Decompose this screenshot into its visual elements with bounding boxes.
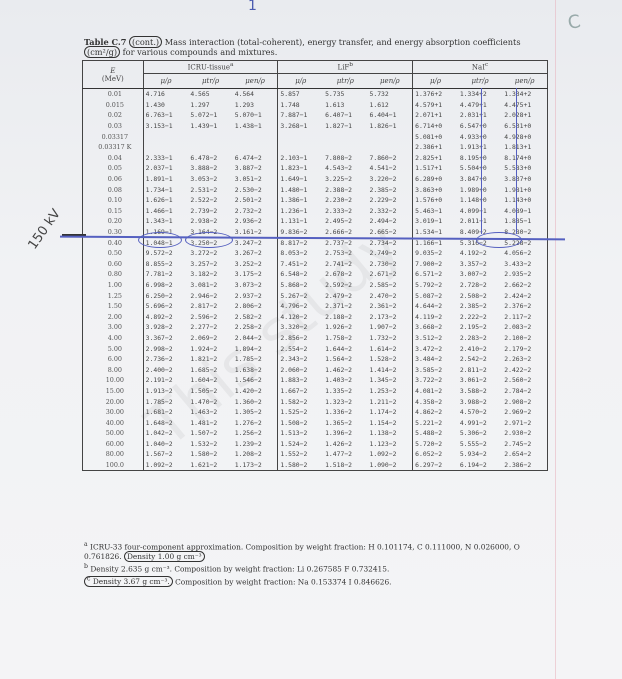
value-cell: 3.357−2 <box>458 259 502 270</box>
value-cell: 2.737−2 <box>323 237 367 248</box>
energy-cell: 0.80 <box>83 269 144 280</box>
table-row: 0.033.153−11.439−11.438−13.268−11.827−11… <box>83 121 548 132</box>
value-cell: 1.604−2 <box>188 375 232 386</box>
value-cell: 1.582−2 <box>278 396 323 407</box>
value-cell: 2.495−2 <box>323 216 367 227</box>
value-cell: 2.117−2 <box>502 311 547 322</box>
value-cell <box>188 131 232 142</box>
value-cell: 1.040−2 <box>143 439 188 450</box>
value-cell: 1.785−2 <box>143 396 188 407</box>
value-cell: 3.367−2 <box>143 333 188 344</box>
value-cell: 5.463−1 <box>413 206 458 217</box>
value-cell: 3.061−2 <box>458 375 502 386</box>
table-row: 100.01.092−21.621−21.173−21.580−21.518−2… <box>83 460 548 471</box>
value-cell: 1.323−2 <box>323 396 367 407</box>
energy-cell: 20.00 <box>83 396 144 407</box>
value-cell: 1.211−2 <box>368 396 413 407</box>
value-cell <box>368 142 413 153</box>
energy-cell: 30.00 <box>83 407 144 418</box>
value-cell: 2.376−2 <box>502 301 547 312</box>
value-cell: 2.585−2 <box>368 280 413 291</box>
value-cell: 3.153−1 <box>143 121 188 132</box>
value-cell: 1.614−2 <box>368 343 413 354</box>
footnote-a: a ICRU-33 four-component approximation. … <box>84 540 554 562</box>
energy-cell: 0.08 <box>83 184 144 195</box>
value-cell: 1.173−2 <box>233 460 278 471</box>
value-cell: 3.225−2 <box>323 174 367 185</box>
value-cell: 1.626−1 <box>143 195 188 206</box>
value-cell <box>143 131 188 142</box>
value-cell: 3.053−2 <box>188 174 232 185</box>
value-cell: 2.343−2 <box>278 354 323 365</box>
value-cell: 1.092−2 <box>368 449 413 460</box>
value-cell: 6.571−2 <box>413 269 458 280</box>
value-cell: 1.396−2 <box>323 428 367 439</box>
value-cell: 8.817−2 <box>278 237 323 248</box>
value-cell: 2.100−2 <box>502 333 547 344</box>
value-cell: 5.072−1 <box>188 110 232 121</box>
value-cell: 1.732−2 <box>368 333 413 344</box>
value-cell: 1.131−1 <box>278 216 323 227</box>
value-cell: 5.792−2 <box>413 280 458 291</box>
value-cell: 5.070−1 <box>233 110 278 121</box>
caption-text: Mass interaction (total-coherent), energ… <box>165 37 521 47</box>
value-cell: 3.247−2 <box>233 237 278 248</box>
value-cell: 6.763−1 <box>143 110 188 121</box>
value-cell: 4.796−2 <box>278 301 323 312</box>
value-cell: 3.472−2 <box>413 343 458 354</box>
value-cell: 6.998−2 <box>143 280 188 291</box>
table-row: 3.003.928−22.277−22.258−23.320−21.926−21… <box>83 322 548 333</box>
units-circled: (cm²/g) <box>84 46 120 58</box>
table-row: 15.001.913−21.505−21.420−21.667−21.335−2… <box>83 386 548 397</box>
table-row: 0.061.891−13.053−23.051−21.649−13.225−23… <box>83 174 548 185</box>
value-cell: 1.090−2 <box>368 460 413 471</box>
value-cell: 4.565 <box>188 89 232 100</box>
value-cell: 1.648−2 <box>143 417 188 428</box>
value-cell: 1.513−2 <box>278 428 323 439</box>
table-row: 10.002.191−21.604−21.546−21.883−21.403−2… <box>83 375 548 386</box>
value-cell: 1.528−2 <box>368 354 413 365</box>
value-cell: 3.863+0 <box>413 184 458 195</box>
value-cell: 1.508−2 <box>278 417 323 428</box>
table-row: 0.052.037−13.888−23.887−21.823−14.543−24… <box>83 163 548 174</box>
value-cell: 1.334+2 <box>502 89 547 100</box>
value-cell: 4.644−2 <box>413 301 458 312</box>
value-cell: 8.855−2 <box>143 259 188 270</box>
value-cell: 2.654−2 <box>502 449 547 460</box>
value-cell: 2.508−2 <box>458 290 502 301</box>
value-cell: 1.335−2 <box>323 386 367 397</box>
column-header: μ/ρ <box>278 74 323 89</box>
table-row: 0.101.626−12.522−22.501−21.386−12.230−22… <box>83 195 548 206</box>
value-cell: 7.781−2 <box>143 269 188 280</box>
value-cell: 1.481−2 <box>188 417 232 428</box>
value-cell: 3.007−2 <box>458 269 502 280</box>
value-cell: 4.892−2 <box>143 311 188 322</box>
value-cell: 1.894−2 <box>233 343 278 354</box>
energy-cell: 6.00 <box>83 354 144 365</box>
value-cell: 2.277−2 <box>188 322 232 333</box>
value-cell: 1.685−2 <box>188 364 232 375</box>
page-mark: 1 <box>248 0 257 14</box>
value-cell: 8.053−2 <box>278 248 323 259</box>
energy-cell: 10.00 <box>83 375 144 386</box>
value-cell: 3.220−2 <box>368 174 413 185</box>
value-cell <box>278 142 323 153</box>
value-cell: 2.730−2 <box>368 259 413 270</box>
value-cell: 2.998−2 <box>143 343 188 354</box>
value-cell: 4.570−2 <box>458 407 502 418</box>
energy-cell: 0.03317 <box>83 131 144 142</box>
column-header: μtr/ρ <box>188 74 232 89</box>
value-cell: 1.748 <box>278 100 323 111</box>
value-cell: 6.478−2 <box>188 153 232 164</box>
value-cell: 4.862−2 <box>413 407 458 418</box>
value-cell: 6.714+0 <box>413 121 458 132</box>
value-cell: 5.555−2 <box>458 439 502 450</box>
value-cell: 2.739−2 <box>188 206 232 217</box>
value-cell: 1.092−2 <box>143 460 188 471</box>
table-row: 0.081.734−12.531−22.530−21.480−12.388−22… <box>83 184 548 195</box>
value-cell: 1.827−1 <box>323 121 367 132</box>
value-cell: 3.182−2 <box>188 269 232 280</box>
table-row: 0.0151.4301.2971.2931.7481.6131.6124.579… <box>83 100 548 111</box>
value-cell: 1.534−1 <box>413 227 458 238</box>
value-cell: 1.785−2 <box>233 354 278 365</box>
value-cell: 4.543−2 <box>323 163 367 174</box>
value-cell: 1.360−2 <box>233 396 278 407</box>
value-cell: 2.470−2 <box>368 290 413 301</box>
value-cell: 1.885−1 <box>502 216 547 227</box>
value-cell: 1.821−2 <box>188 354 232 365</box>
value-cell: 2.263−2 <box>502 354 547 365</box>
value-cell: 2.908−2 <box>502 396 547 407</box>
value-cell <box>323 131 367 142</box>
table-row: 0.026.763−15.072−15.070−17.887−16.407−16… <box>83 110 548 121</box>
value-cell: 1.981+0 <box>502 184 547 195</box>
value-cell: 5.857 <box>278 89 323 100</box>
value-cell: 1.438−1 <box>233 121 278 132</box>
value-cell: 1.644−2 <box>323 343 367 354</box>
circled-value <box>476 232 522 248</box>
energy-cell: 0.02 <box>83 110 144 121</box>
value-cell <box>323 142 367 153</box>
value-cell: 1.823−1 <box>278 163 323 174</box>
value-cell: 1.477−2 <box>323 449 367 460</box>
value-cell: 2.028+1 <box>502 110 547 121</box>
value-cell: 1.042−2 <box>143 428 188 439</box>
value-cell: 2.662−2 <box>502 280 547 291</box>
energy-cell: 0.60 <box>83 259 144 270</box>
value-cell: 1.734−1 <box>143 184 188 195</box>
value-cell: 1.883−2 <box>278 375 323 386</box>
value-cell: 2.258−2 <box>233 322 278 333</box>
value-cell: 1.580−2 <box>278 460 323 471</box>
energy-cell: 40.00 <box>83 417 144 428</box>
table-row: 0.042.333−16.478−26.474−22.103−17.808−27… <box>83 153 548 164</box>
value-cell: 1.924−2 <box>188 343 232 354</box>
table-row: 60.001.040−21.532−21.239−21.524−21.426−2… <box>83 439 548 450</box>
table-row: 0.509.572−23.272−23.267−28.053−22.753−22… <box>83 248 548 259</box>
value-cell: 5.732 <box>368 89 413 100</box>
value-cell: 1.681−2 <box>143 407 188 418</box>
value-cell: 3.051−2 <box>233 174 278 185</box>
value-cell: 2.969−2 <box>502 407 547 418</box>
value-cell: 2.410−2 <box>458 343 502 354</box>
value-cell: 2.501−2 <box>233 195 278 206</box>
value-cell: 2.935−2 <box>502 269 547 280</box>
group-header: LiFb <box>278 61 413 74</box>
value-cell: 5.488−2 <box>413 428 458 439</box>
value-cell: 1.386−1 <box>278 195 323 206</box>
value-cell: 1.826−1 <box>368 121 413 132</box>
value-cell: 2.946−2 <box>188 290 232 301</box>
value-cell: 2.332−2 <box>368 206 413 217</box>
value-cell: 1.576+0 <box>413 195 458 206</box>
value-cell <box>368 131 413 142</box>
value-cell: 1.926−2 <box>323 322 367 333</box>
value-cell: 2.936−2 <box>233 216 278 227</box>
table-row: 80.001.567−21.580−21.208−21.552−21.477−2… <box>83 449 548 460</box>
value-cell: 3.252−2 <box>233 259 278 270</box>
value-cell: 5.868−2 <box>278 280 323 291</box>
value-cell: 9.572−2 <box>143 248 188 259</box>
value-cell: 2.736−2 <box>143 354 188 365</box>
value-cell: 2.522−2 <box>188 195 232 206</box>
value-cell: 1.813+1 <box>502 142 547 153</box>
value-cell: 1.758−2 <box>323 333 367 344</box>
value-cell: 2.749−2 <box>368 248 413 259</box>
value-cell: 2.361−2 <box>368 301 413 312</box>
value-cell: 2.582−2 <box>233 311 278 322</box>
value-cell: 1.276−2 <box>233 417 278 428</box>
value-cell: 7.808−2 <box>323 153 367 164</box>
value-cell: 4.192−2 <box>458 248 502 259</box>
value-cell: 3.268−1 <box>278 121 323 132</box>
column-header: μen/ρ <box>368 74 413 89</box>
value-cell: 1.143+0 <box>502 195 547 206</box>
value-cell: 1.621−2 <box>188 460 232 471</box>
value-cell: 2.753−2 <box>323 248 367 259</box>
value-cell: 2.531−2 <box>188 184 232 195</box>
value-cell: 3.484−2 <box>413 354 458 365</box>
value-cell: 6.404−1 <box>368 110 413 121</box>
value-cell: 1.376+2 <box>413 89 458 100</box>
energy-cell: 0.05 <box>83 163 144 174</box>
value-cell: 1.907−2 <box>368 322 413 333</box>
energy-cell: 15.00 <box>83 386 144 397</box>
value-cell: 1.532−2 <box>188 439 232 450</box>
value-cell: 4.119−2 <box>413 311 458 322</box>
value-cell: 2.806−2 <box>233 301 278 312</box>
value-cell: 2.856−2 <box>278 333 323 344</box>
value-cell: 2.229−2 <box>368 195 413 206</box>
energy-cell: 1.50 <box>83 301 144 312</box>
value-cell: 2.388−2 <box>323 184 367 195</box>
value-cell: 1.505−2 <box>188 386 232 397</box>
value-cell: 4.120−2 <box>278 311 323 322</box>
value-cell: 8.174+0 <box>502 153 547 164</box>
circled-value <box>185 232 233 248</box>
value-cell: 2.530−2 <box>233 184 278 195</box>
energy-cell: 0.04 <box>83 153 144 164</box>
value-cell: 9.836−2 <box>278 227 323 238</box>
table-row: 1.505.696−22.817−22.806−24.796−22.371−22… <box>83 301 548 312</box>
table-row: 4.003.367−22.069−22.044−22.856−21.758−21… <box>83 333 548 344</box>
value-cell: 4.564 <box>233 89 278 100</box>
value-cell: 2.596−2 <box>188 311 232 322</box>
value-cell: 1.439−1 <box>188 121 232 132</box>
handwritten-column-line <box>516 88 517 234</box>
value-cell: 1.236−1 <box>278 206 323 217</box>
value-cell: 1.253−2 <box>368 386 413 397</box>
value-cell: 2.069−2 <box>188 333 232 344</box>
column-header: μtr/ρ <box>323 74 367 89</box>
value-cell: 1.463−2 <box>188 407 232 418</box>
energy-cell: 2.00 <box>83 311 144 322</box>
value-cell: 2.333−2 <box>323 206 367 217</box>
value-cell: 1.208−2 <box>233 449 278 460</box>
value-cell: 5.267−2 <box>278 290 323 301</box>
value-cell: 2.424−2 <box>502 290 547 301</box>
value-cell: 4.081−2 <box>413 386 458 397</box>
energy-cell: 60.00 <box>83 439 144 450</box>
energy-cell: 0.03 <box>83 121 144 132</box>
coefficient-table: E(MeV) ICRU-tissuea LiFb NaIc μ/ρμtr/ρμe… <box>82 60 548 471</box>
table-row: 0.014.7164.5654.5645.8575.7355.7321.376+… <box>83 89 548 100</box>
value-cell: 4.475+1 <box>502 100 547 111</box>
value-cell: 5.081+0 <box>413 131 458 142</box>
value-cell: 2.741−2 <box>323 259 367 270</box>
value-cell: 2.083−2 <box>502 322 547 333</box>
value-cell: 3.722−2 <box>413 375 458 386</box>
value-cell: 3.320−2 <box>278 322 323 333</box>
value-cell: 4.579+1 <box>413 100 458 111</box>
value-cell <box>188 142 232 153</box>
value-cell: 6.052−2 <box>413 449 458 460</box>
table-row: 8.002.400−21.685−21.638−22.060−21.462−21… <box>83 364 548 375</box>
value-cell: 3.928−2 <box>143 322 188 333</box>
value-cell: 4.089−1 <box>502 206 547 217</box>
value-cell: 1.552−2 <box>278 449 323 460</box>
value-cell: 3.888−2 <box>188 163 232 174</box>
value-cell: 1.345−2 <box>368 375 413 386</box>
column-header: μen/ρ <box>502 74 547 89</box>
value-cell: 2.195−2 <box>458 322 502 333</box>
energy-cell: 0.40 <box>83 237 144 248</box>
value-cell: 2.745−2 <box>502 439 547 450</box>
value-cell: 5.696−2 <box>143 301 188 312</box>
value-cell: 2.385−2 <box>368 184 413 195</box>
table-row: 0.608.855−23.257−23.252−27.451−22.741−22… <box>83 259 548 270</box>
value-cell: 3.073−2 <box>233 280 278 291</box>
value-cell: 2.825+1 <box>413 153 458 164</box>
value-cell: 2.037−1 <box>143 163 188 174</box>
value-cell: 7.887−1 <box>278 110 323 121</box>
value-cell: 1.891−1 <box>143 174 188 185</box>
value-cell: 6.289+0 <box>413 174 458 185</box>
energy-cell: 1.00 <box>83 280 144 291</box>
value-cell: 1.913−2 <box>143 386 188 397</box>
value-cell: 2.784−2 <box>502 386 547 397</box>
value-cell: 1.297 <box>188 100 232 111</box>
table-row: 30.001.681−21.463−21.305−21.525−21.336−2… <box>83 407 548 418</box>
value-cell: 2.222−2 <box>458 311 502 322</box>
value-cell: 3.988−2 <box>458 396 502 407</box>
table-row: 6.002.736−21.821−21.785−22.343−21.564−21… <box>83 354 548 365</box>
value-cell: 5.221−2 <box>413 417 458 428</box>
value-cell: 1.420−2 <box>233 386 278 397</box>
value-cell: 3.837+0 <box>502 174 547 185</box>
energy-cell: 0.15 <box>83 206 144 217</box>
value-cell: 2.811−2 <box>458 364 502 375</box>
value-cell: 1.305−2 <box>233 407 278 418</box>
value-cell: 2.542−2 <box>458 354 502 365</box>
value-cell: 1.430 <box>143 100 188 111</box>
value-cell: 1.336−2 <box>323 407 367 418</box>
energy-cell: 0.20 <box>83 216 144 227</box>
value-cell: 2.665−2 <box>368 227 413 238</box>
value-cell: 2.333−1 <box>143 153 188 164</box>
value-cell: 6.194−2 <box>458 460 502 471</box>
value-cell: 5.087−2 <box>413 290 458 301</box>
value-cell: 7.860−2 <box>368 153 413 164</box>
value-cell: 2.071+1 <box>413 110 458 121</box>
value-cell <box>278 131 323 142</box>
energy-cell: 50.00 <box>83 428 144 439</box>
value-cell: 3.175−2 <box>233 269 278 280</box>
table-row: 40.001.648−21.481−21.276−21.508−21.365−2… <box>83 417 548 428</box>
value-cell: 2.386−2 <box>502 460 547 471</box>
column-header: μtr/ρ <box>458 74 502 89</box>
value-cell: 2.930−2 <box>502 428 547 439</box>
energy-cell: 1.25 <box>83 290 144 301</box>
value-cell: 3.585−2 <box>413 364 458 375</box>
value-cell: 6.531+0 <box>502 121 547 132</box>
group-header: ICRU-tissuea <box>143 61 278 74</box>
column-header: μen/ρ <box>233 74 278 89</box>
value-cell: 4.541−2 <box>368 163 413 174</box>
value-cell: 3.668−2 <box>413 322 458 333</box>
value-cell: 1.524−2 <box>278 439 323 450</box>
value-cell <box>143 142 188 153</box>
value-cell: 2.400−2 <box>143 364 188 375</box>
value-cell: 1.123−2 <box>368 439 413 450</box>
value-cell: 1.613 <box>323 100 367 111</box>
energy-cell: 0.01 <box>83 89 144 100</box>
value-cell: 2.188−2 <box>323 311 367 322</box>
value-cell: 3.887−2 <box>233 163 278 174</box>
value-cell: 1.239−2 <box>233 439 278 450</box>
value-cell: 6.548−2 <box>278 269 323 280</box>
value-cell: 1.365−2 <box>323 417 367 428</box>
value-cell: 1.174−2 <box>368 407 413 418</box>
energy-cell: 3.00 <box>83 322 144 333</box>
value-cell: 2.937−2 <box>233 290 278 301</box>
table-row: 2.004.892−22.596−22.582−24.120−22.188−22… <box>83 311 548 322</box>
table-row: 1.256.250−22.946−22.937−25.267−22.479−22… <box>83 290 548 301</box>
value-cell: 1.667−2 <box>278 386 323 397</box>
energy-cell: 8.00 <box>83 364 144 375</box>
value-cell: 6.474−2 <box>233 153 278 164</box>
value-cell: 5.720−2 <box>413 439 458 450</box>
value-cell: 4.056−2 <box>502 248 547 259</box>
value-cell: 2.422−2 <box>502 364 547 375</box>
value-cell: 3.512−2 <box>413 333 458 344</box>
value-cell: 2.103−1 <box>278 153 323 164</box>
value-cell: 3.588−2 <box>458 386 502 397</box>
